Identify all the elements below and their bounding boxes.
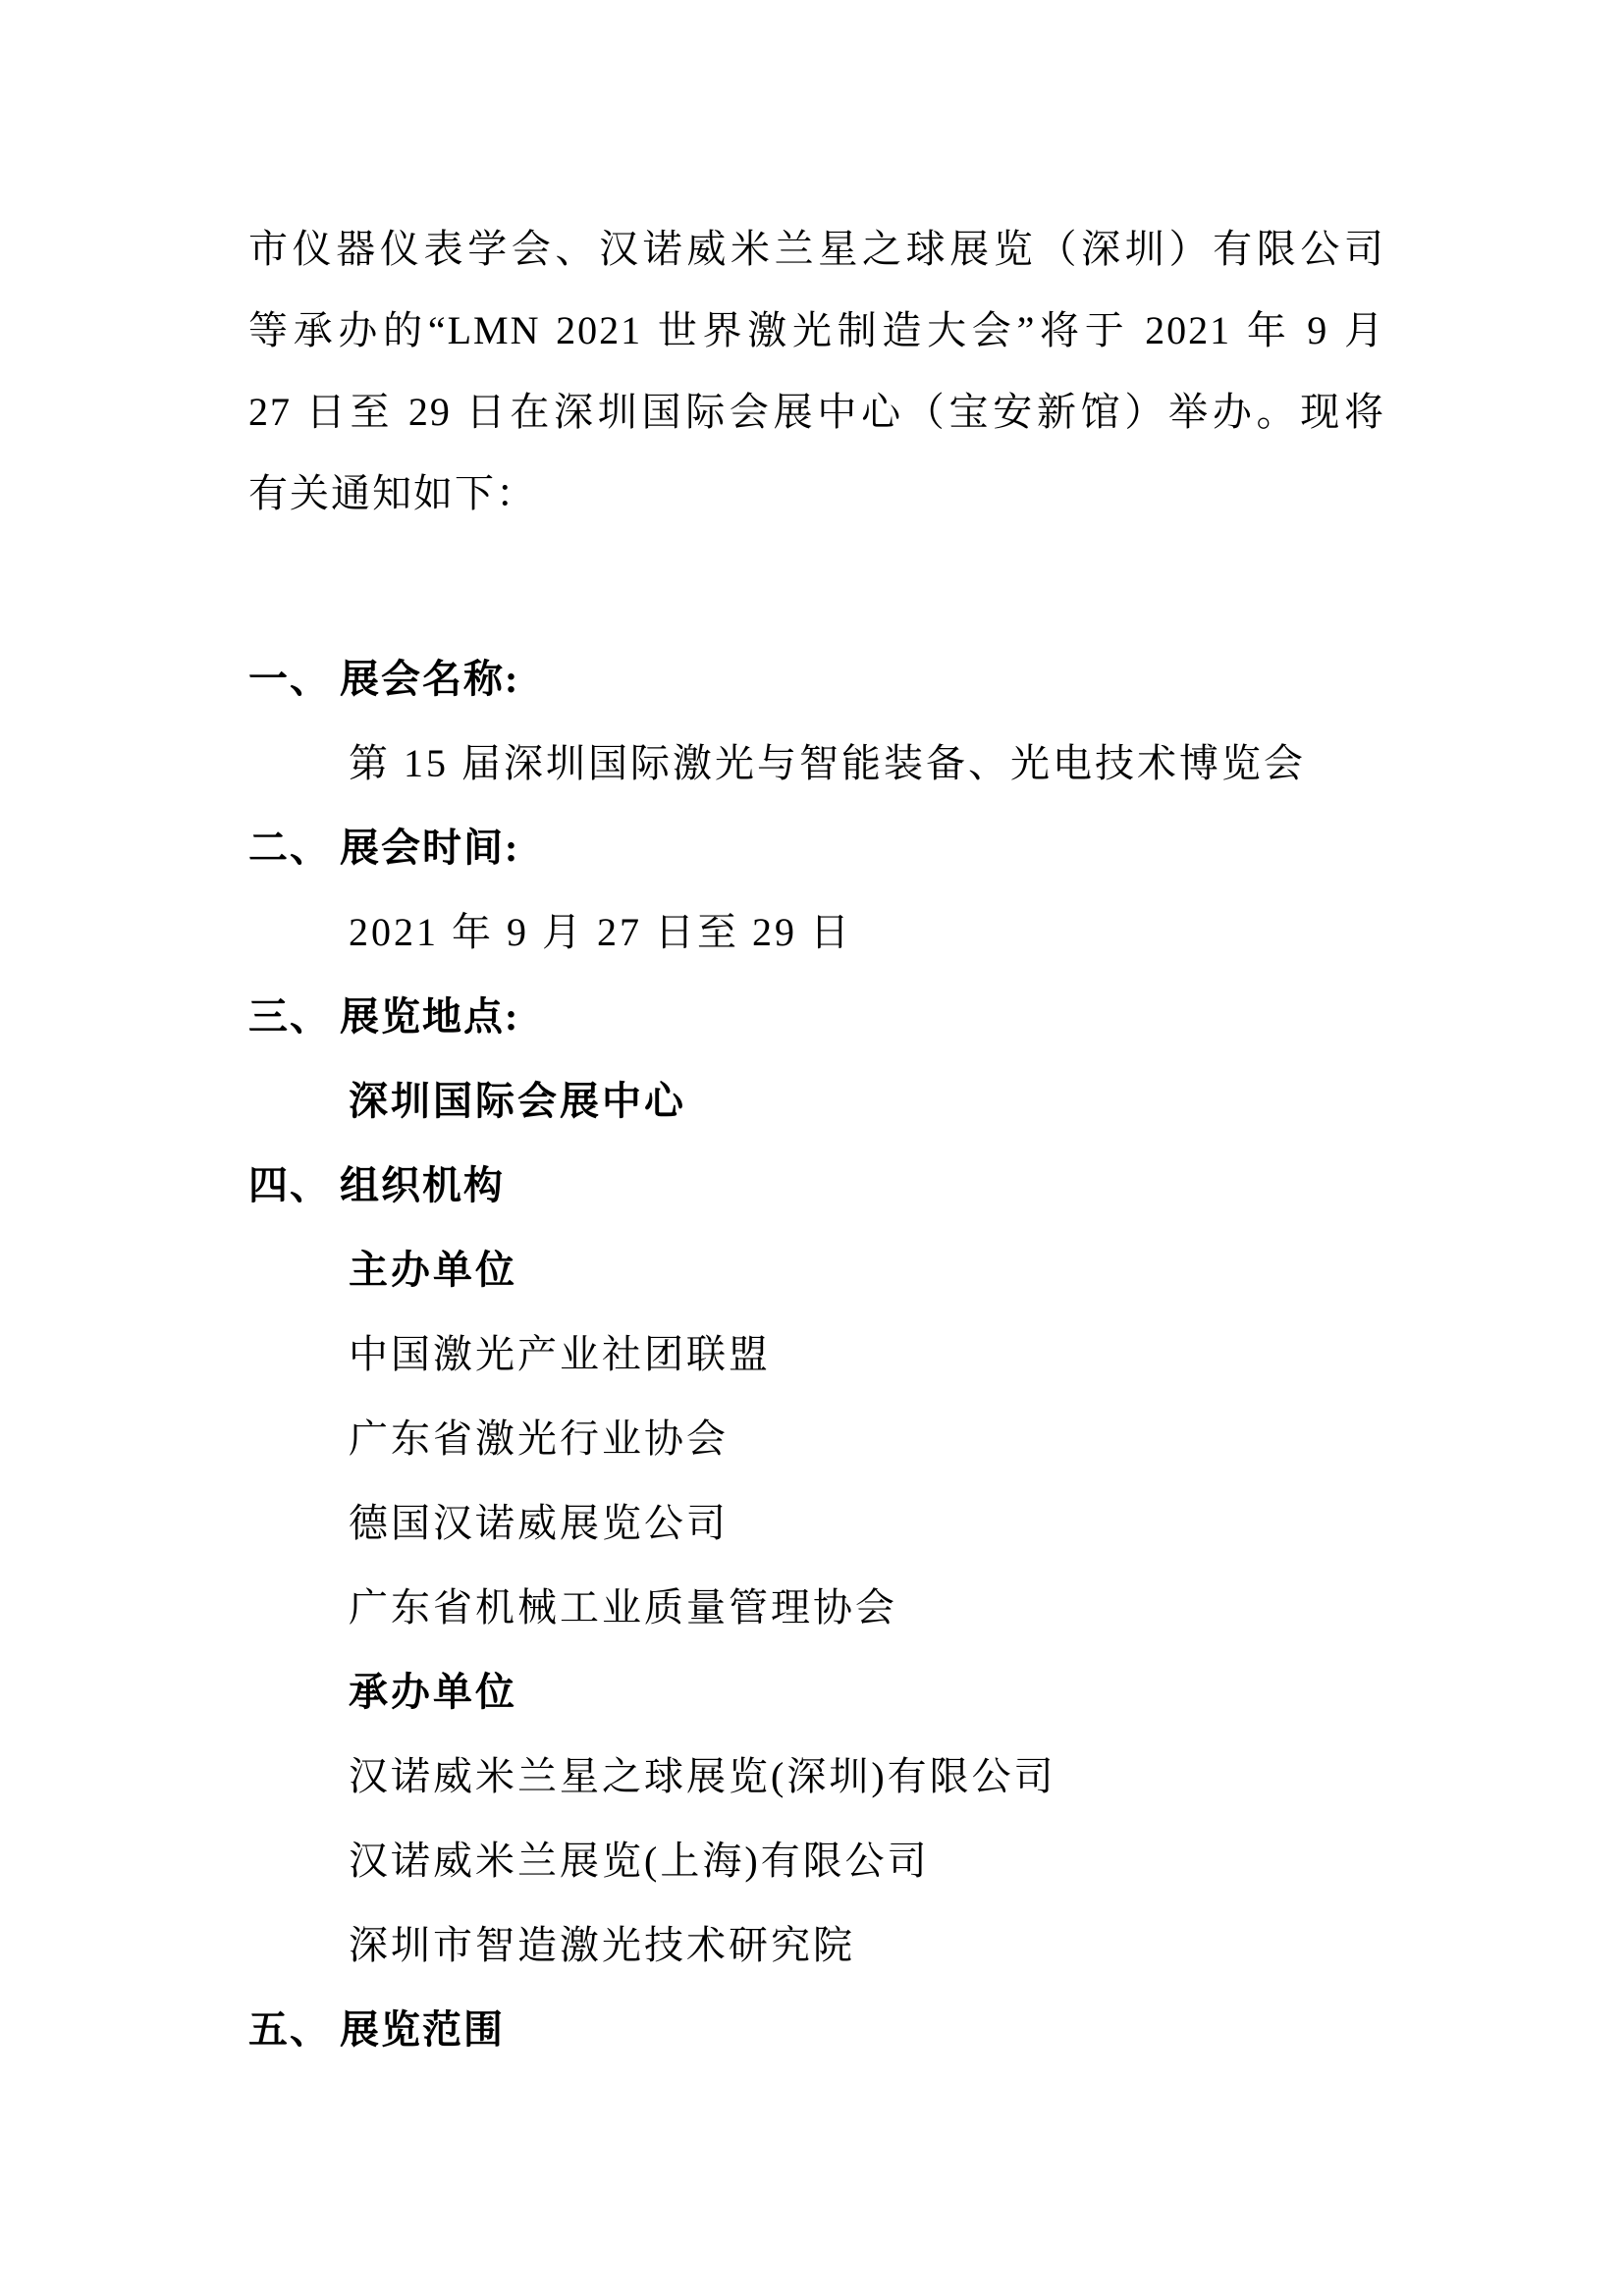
- section-heading: 一、展会名称:: [248, 637, 1385, 721]
- content-line: 广东省激光行业协会: [248, 1397, 1385, 1481]
- section-number: 一、: [248, 637, 340, 721]
- section-title: 展览地点:: [340, 994, 519, 1039]
- section-heading: 三、展览地点:: [248, 975, 1385, 1059]
- section-heading: 五、展览范围: [248, 1988, 1385, 2072]
- content-line: 第 15 届深圳国际激光与智能装备、光电技术博览会: [248, 721, 1385, 806]
- section-number: 二、: [248, 806, 340, 890]
- section-title: 展会名称:: [340, 657, 519, 701]
- section-heading: 二、展会时间:: [248, 806, 1385, 890]
- sections: 一、展会名称:第 15 届深圳国际激光与智能装备、光电技术博览会二、展会时间:2…: [248, 637, 1385, 2072]
- paragraph-line: 市仪器仪表学会、汉诺威米兰星之球展览（深圳）有限公司: [248, 208, 1385, 290]
- section-number: 五、: [248, 1988, 340, 2072]
- content-line: 德国汉诺威展览公司: [248, 1481, 1385, 1566]
- paragraph-gap: [248, 534, 1385, 637]
- content-line: 深圳市智造激光技术研究院: [248, 1903, 1385, 1988]
- section-title: 组织机构: [340, 1163, 505, 1207]
- content-line: 广东省机械工业质量管理协会: [248, 1566, 1385, 1650]
- paragraph-line: 等承办的“LMN 2021 世界激光制造大会”将于 2021 年 9 月: [248, 290, 1385, 371]
- paragraph-line: 有关通知如下：: [248, 453, 1385, 534]
- section-heading: 四、组织机构: [248, 1144, 1385, 1228]
- paragraph-line: 27 日至 29 日在深圳国际会展中心（宝安新馆）举办。现将: [248, 371, 1385, 453]
- intro-paragraph: 市仪器仪表学会、汉诺威米兰星之球展览（深圳）有限公司等承办的“LMN 2021 …: [248, 208, 1385, 534]
- content-line: 汉诺威米兰星之球展览(深圳)有限公司: [248, 1735, 1385, 1819]
- section-number: 三、: [248, 975, 340, 1059]
- document-page: 市仪器仪表学会、汉诺威米兰星之球展览（深圳）有限公司等承办的“LMN 2021 …: [0, 0, 1624, 2296]
- sub-heading: 承办单位: [248, 1650, 1385, 1735]
- section-title: 展览范围: [340, 2007, 505, 2052]
- sub-heading: 主办单位: [248, 1228, 1385, 1312]
- content-line: 汉诺威米兰展览(上海)有限公司: [248, 1819, 1385, 1903]
- content-line: 2021 年 9 月 27 日至 29 日: [248, 890, 1385, 975]
- section-title: 展会时间:: [340, 826, 519, 870]
- sub-heading: 深圳国际会展中心: [248, 1059, 1385, 1144]
- content-line: 中国激光产业社团联盟: [248, 1312, 1385, 1397]
- section-number: 四、: [248, 1144, 340, 1228]
